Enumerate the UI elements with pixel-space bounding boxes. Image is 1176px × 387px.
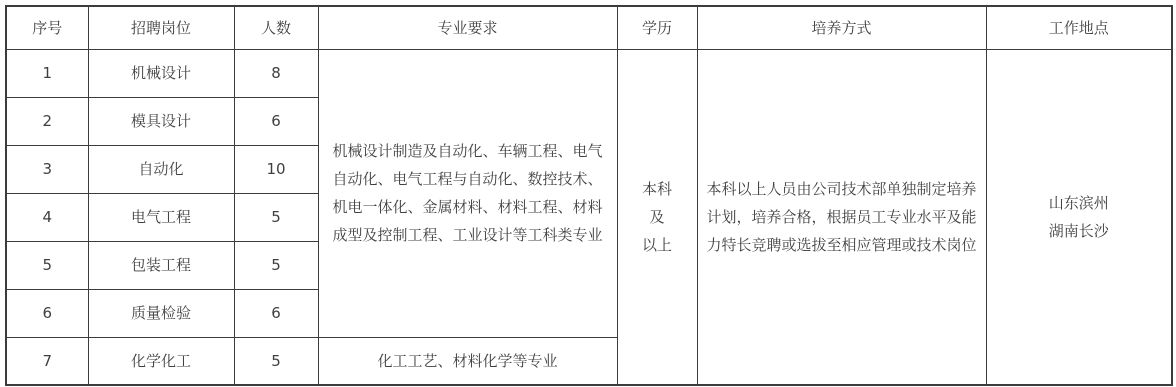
cell-index: 6 — [6, 289, 88, 337]
cell-count: 6 — [234, 97, 318, 145]
cell-position: 自动化 — [88, 145, 234, 193]
cell-index: 3 — [6, 145, 88, 193]
cell-position: 电气工程 — [88, 193, 234, 241]
cell-work-location: 山东滨州 湖南长沙 — [986, 49, 1172, 385]
recruitment-table-container: 序号 招聘岗位 人数 专业要求 学历 培养方式 工作地点 1 机械设计 8 机械… — [5, 5, 1173, 386]
header-position: 招聘岗位 — [88, 6, 234, 49]
cell-position: 包装工程 — [88, 241, 234, 289]
header-row: 序号 招聘岗位 人数 专业要求 学历 培养方式 工作地点 — [6, 6, 1172, 49]
cell-major-requirements-rows1to6: 机械设计制造及自动化、车辆工程、电气自动化、电气工程与自动化、数控技术、机电一体… — [318, 49, 617, 337]
cell-count: 10 — [234, 145, 318, 193]
cell-count: 5 — [234, 337, 318, 385]
cell-index: 4 — [6, 193, 88, 241]
cell-training-method: 本科以上人员由公司技术部单独制定培养计划，培养合格，根据员工专业水平及能力特长竞… — [697, 49, 986, 385]
header-training: 培养方式 — [697, 6, 986, 49]
header-count: 人数 — [234, 6, 318, 49]
cell-count: 5 — [234, 193, 318, 241]
cell-index: 2 — [6, 97, 88, 145]
table-row-1: 1 机械设计 8 机械设计制造及自动化、车辆工程、电气自动化、电气工程与自动化、… — [6, 49, 1172, 97]
header-education: 学历 — [617, 6, 697, 49]
recruitment-table: 序号 招聘岗位 人数 专业要求 学历 培养方式 工作地点 1 机械设计 8 机械… — [5, 5, 1173, 386]
cell-count: 6 — [234, 289, 318, 337]
cell-index: 5 — [6, 241, 88, 289]
header-index: 序号 — [6, 6, 88, 49]
cell-position: 化学化工 — [88, 337, 234, 385]
cell-index: 1 — [6, 49, 88, 97]
cell-count: 5 — [234, 241, 318, 289]
cell-count: 8 — [234, 49, 318, 97]
cell-major-requirements-row7: 化工工艺、材料化学等专业 — [318, 337, 617, 385]
cell-index: 7 — [6, 337, 88, 385]
cell-position: 模具设计 — [88, 97, 234, 145]
cell-education: 本科 及 以上 — [617, 49, 697, 385]
header-major: 专业要求 — [318, 6, 617, 49]
header-location: 工作地点 — [986, 6, 1172, 49]
cell-position: 机械设计 — [88, 49, 234, 97]
cell-position: 质量检验 — [88, 289, 234, 337]
